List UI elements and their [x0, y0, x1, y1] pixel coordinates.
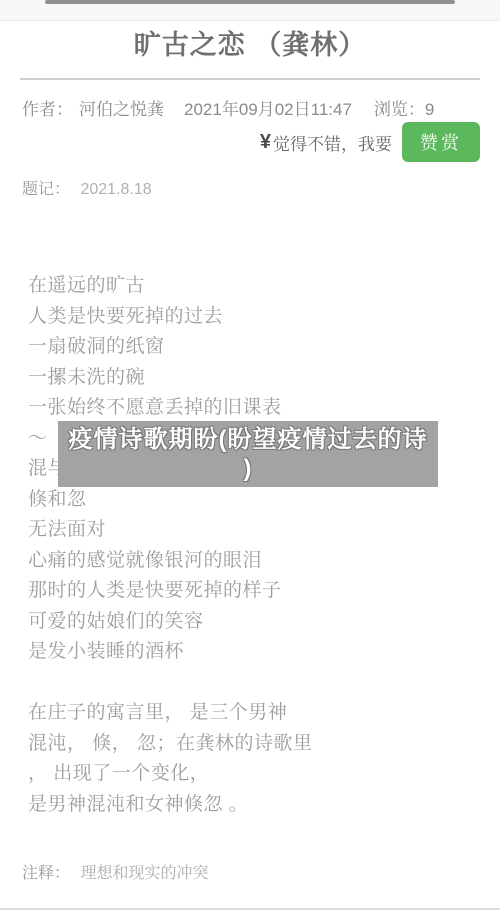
bottom-divider: [0, 908, 500, 910]
poem-line: 混沌， 倏， 忽；在龚林的诗歌里: [28, 729, 500, 760]
epigraph-value: 2021.8.18: [80, 181, 151, 198]
page-title: 旷古之恋 （龚林）: [20, 28, 480, 62]
reward-button[interactable]: 赞赏: [402, 122, 480, 162]
poem-line: 在庄子的寓言里， 是三个男神: [28, 698, 500, 729]
poem-line: 一扇破洞的纸窗: [28, 332, 500, 363]
poem-line: 一张始终不愿意丢掉的旧课表: [28, 393, 500, 424]
note-value: 理想和现实的冲突: [80, 865, 208, 882]
epigraph-label: 题记：: [22, 181, 70, 198]
author-name: 河伯之悦龚: [79, 95, 164, 120]
top-strip: [0, 0, 500, 21]
promo-overlay-text: ): [244, 454, 253, 483]
note: 注释： 理想和现实的冲突: [22, 860, 500, 883]
promo-overlay-banner[interactable]: 疫情诗歌期盼(盼望疫情过去的诗 ): [58, 421, 438, 487]
reward-prompt: 觉得不错，我要: [273, 130, 392, 155]
poem-line: 是发小装睡的酒杯: [28, 637, 500, 668]
yen-icon: ¥: [260, 131, 271, 154]
poem-line: 可爱的姑娘们的笑容: [28, 607, 500, 638]
poem-line: [28, 668, 500, 699]
poem-body: 在遥远的旷古 人类是快要死掉的过去 一扇破洞的纸窗 一摞未洗的碗 一张始终不愿意…: [28, 271, 500, 820]
poem-line: 无法面对: [28, 515, 500, 546]
promo-overlay-text: 疫情诗歌期盼(盼望疫情过去的诗: [69, 425, 428, 454]
poem-line: 一摞未洗的碗: [28, 363, 500, 394]
publish-date: 2021年09月02日11:47: [184, 95, 352, 120]
views-count: 浏览：9: [374, 95, 434, 120]
author-label: 作者：: [22, 95, 73, 120]
note-label: 注释：: [22, 865, 70, 882]
epigraph: 题记： 2021.8.18: [22, 176, 500, 199]
poem-line: 那时的人类是快要死掉的样子: [28, 576, 500, 607]
article-meta: 作者： 河伯之悦龚 2021年09月02日11:47 浏览：9: [22, 95, 480, 120]
poem-line: 倏和忽: [28, 485, 500, 516]
horizontal-scrollbar-thumb[interactable]: [45, 0, 455, 4]
poem-line: 心痛的感觉就像银河的眼泪: [28, 546, 500, 577]
poem-line: 人类是快要死掉的过去: [28, 302, 500, 333]
poem-line: ， 出现了一个变化，: [28, 759, 500, 790]
poem-line: 是男神混沌和女神倏忽 。: [28, 790, 500, 821]
title-divider: [20, 78, 480, 80]
reward-row: ¥ 觉得不错，我要 赞赏: [0, 120, 480, 164]
poem-line: 在遥远的旷古: [28, 271, 500, 302]
